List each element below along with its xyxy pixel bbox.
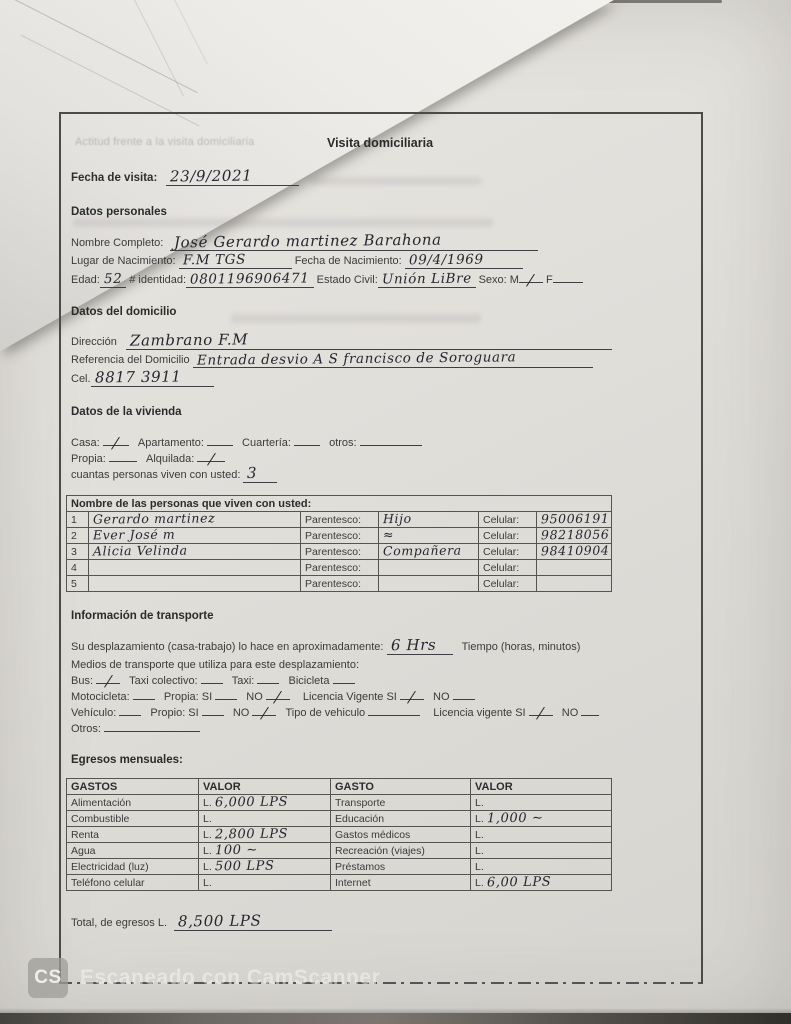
vehiculo-label: Vehículo: <box>71 707 116 719</box>
moto-no-label: NO <box>246 691 263 703</box>
moto-licencia-checkmark: ∕ <box>409 695 415 699</box>
row-number: 5 <box>67 576 89 592</box>
col-gastos: GASTOS <box>67 779 199 795</box>
person-name: Gerardo martinez <box>93 513 215 523</box>
people-table-header: Nombre de las personas que viven con ust… <box>67 496 612 512</box>
lempira-label: L. <box>475 877 484 889</box>
celular-label: Celular: <box>479 576 537 592</box>
col-gasto: GASTO <box>331 779 471 795</box>
section-datos-personales: Datos personales <box>71 206 689 218</box>
fecha-visita-label: Fecha de visita: <box>71 172 157 184</box>
lempira-label: L. <box>203 877 212 889</box>
lempira-label: L. <box>203 829 212 841</box>
motocicleta-label: Motocicleta: <box>71 691 130 703</box>
identidad-label: # identidad: <box>129 274 186 286</box>
propia-blank <box>109 453 137 462</box>
cuarteria-label: Cuartería: <box>242 437 291 449</box>
moto-licencia-no-blank <box>453 691 475 700</box>
vehiculo-propio-si-label: Propio: SI <box>150 707 198 719</box>
celular-label: Celular: <box>479 528 537 544</box>
section-egresos: Egresos mensuales: <box>71 754 689 766</box>
moto-licencia-si-check: ∕ <box>400 691 424 700</box>
cel-label: Cel. <box>71 373 91 385</box>
vehiculo-blank <box>119 707 141 716</box>
parentesco-value: Compañera <box>383 545 462 555</box>
person-name: Alicia Velinda <box>93 545 188 555</box>
nombre-label: Nombre Completo: <box>71 237 163 249</box>
table-row: 1 Gerardo martinez Parentesco: Hijo Celu… <box>67 512 612 528</box>
celular-value: 95006191 <box>541 513 610 523</box>
lempira-label: L. <box>475 797 484 809</box>
fecha-visita-value: 23/9/2021 <box>170 172 252 182</box>
gasto-name: Gastos médicos <box>331 827 471 843</box>
table-row: Combustible L. Educación L. 1,000 ~ <box>67 811 612 827</box>
otros-vivienda-label: otros: <box>329 437 357 449</box>
gasto-value: 1,000 ~ <box>487 813 544 823</box>
table-row: Renta L. 2,800 LPS Gastos médicos L. <box>67 827 612 843</box>
col-valor-2: VALOR <box>471 779 612 795</box>
bicicleta-blank <box>333 675 355 684</box>
celular-label: Celular: <box>479 512 537 528</box>
motocicleta-blank <box>133 691 155 700</box>
cuarteria-blank <box>294 437 320 446</box>
total-egresos-field: 8,500 LPS <box>174 917 332 931</box>
nombre-value: José Gerardo martinez Barahona <box>174 236 442 248</box>
moto-propia-si-label: Propia: SI <box>164 691 212 703</box>
gasto-name: Agua <box>67 843 199 859</box>
row-number: 4 <box>67 560 89 576</box>
gasto-name: Renta <box>67 827 199 843</box>
fecha-visita-field: 23/9/2021 <box>166 172 299 186</box>
fold-ghost-line <box>106 0 184 96</box>
celular-value: 98218056 <box>541 529 610 539</box>
gasto-name: Educación <box>331 811 471 827</box>
apartamento-blank <box>207 437 233 446</box>
taxi-blank <box>257 675 279 684</box>
nombre-field: José Gerardo martinez Barahona <box>170 237 538 251</box>
personas-label: cuantas personas viven con usted: <box>71 469 240 481</box>
parentesco-label: Parentesco: <box>301 576 379 592</box>
bicicleta-label: Bicicleta <box>289 675 330 687</box>
bus-check: ∕ <box>96 675 120 684</box>
bus-label: Bus: <box>71 675 93 687</box>
lugar-nacimiento-value: F.M TGS <box>183 256 246 266</box>
vehiculo-licencia-no-blank <box>581 707 599 716</box>
vehiculo-si-blank <box>202 707 224 716</box>
personas-field: 3 <box>243 469 277 483</box>
tipo-vehiculo-blank <box>368 707 420 716</box>
celular-label: Celular: <box>479 544 537 560</box>
tipo-vehiculo-label: Tipo de vehiculo <box>285 707 365 719</box>
apartamento-label: Apartamento: <box>138 437 204 449</box>
moto-licencia-label: Licencia Vigente SI <box>303 691 397 703</box>
parentesco-value: Hijo <box>383 513 412 522</box>
moto-no-checkmark: ∕ <box>275 695 281 699</box>
lempira-label: L. <box>475 861 484 873</box>
medios-label: Medios de transporte que utiliza para es… <box>71 659 359 671</box>
moto-licencia-no-label: NO <box>433 691 450 703</box>
otros-transporte-blank <box>104 723 200 732</box>
lempira-label: L. <box>475 813 484 825</box>
table-row: 3 Alicia Velinda Parentesco: Compañera C… <box>67 544 612 560</box>
casa-checkmark: ∕ <box>113 441 119 445</box>
alquilada-check: ∕ <box>197 453 225 462</box>
gasto-name: Recreación (viajes) <box>331 843 471 859</box>
fold-ghost-line <box>0 0 198 93</box>
table-row: 5 Parentesco: Celular: <box>67 576 612 592</box>
form-content: Visita domiciliaria Fecha de visita: 23/… <box>71 128 689 931</box>
fecha-nacimiento-field: 09/4/1969 <box>405 255 523 269</box>
table-row: Electricidad (luz) L. 500 LPS Préstamos … <box>67 859 612 875</box>
fold-ghost-line <box>152 0 207 64</box>
camscanner-badge: CS <box>28 958 68 998</box>
table-row: 2 Ever José m Parentesco: ≈ Celular: 982… <box>67 528 612 544</box>
row-number: 2 <box>67 528 89 544</box>
row-number: 1 <box>67 512 89 528</box>
gasto-name: Teléfono celular <box>67 875 199 891</box>
section-datos-domicilio: Datos del domicilio <box>71 306 689 318</box>
fecha-nacimiento-value: 09/4/1969 <box>409 256 484 266</box>
lempira-label: L. <box>475 829 484 841</box>
moto-si-blank <box>215 691 237 700</box>
vehiculo-no-check: ∕ <box>252 707 276 716</box>
lempira-label: L. <box>203 813 212 825</box>
sexo-m-checkmark: ∕ <box>528 278 534 282</box>
lempira-label: L. <box>203 797 212 809</box>
moto-no-check: ∕ <box>266 691 290 700</box>
parentesco-label: Parentesco: <box>301 528 379 544</box>
bus-checkmark: ∕ <box>105 679 111 683</box>
edad-field: 52 <box>100 274 126 288</box>
table-row: Alimentación L. 6,000 LPS Transporte L. <box>67 795 612 811</box>
lempira-label: L. <box>475 845 484 857</box>
lugar-nacimiento-label: Lugar de Nacimiento: <box>71 255 176 267</box>
egresos-table: GASTOS VALOR GASTO VALOR Alimentación L.… <box>66 778 612 891</box>
vehiculo-licencia-si-check: ∕ <box>529 707 553 716</box>
propia-label: Propia: <box>71 453 106 465</box>
parentesco-value: ≈ <box>383 529 394 538</box>
direccion-value: Zambrano F.M <box>130 335 248 345</box>
referencia-value: Entrada desvio A S francisco de Soroguar… <box>197 353 516 365</box>
table-row: 4 Parentesco: Celular: <box>67 560 612 576</box>
edad-value: 52 <box>104 275 122 284</box>
vehiculo-licencia-no-label: NO <box>562 707 579 719</box>
gasto-name: Internet <box>331 875 471 891</box>
estado-civil-value: Unión LiBre <box>382 275 472 285</box>
parentesco-label: Parentesco: <box>301 560 379 576</box>
total-egresos-label: Total, de egresos L. <box>71 917 167 929</box>
celular-value: 98410904 <box>541 545 610 555</box>
vehiculo-licencia-label: Licencia vigente SI <box>433 707 525 719</box>
alquilada-label: Alquilada: <box>146 453 194 465</box>
otros-transporte-label: Otros: <box>71 723 101 735</box>
lempira-label: L. <box>203 845 212 857</box>
person-name: Ever José m <box>93 529 175 539</box>
casa-check: ∕ <box>103 437 129 446</box>
otros-vivienda-blank <box>360 437 422 446</box>
vehiculo-no-label: NO <box>233 707 250 719</box>
referencia-field: Entrada desvio A S francisco de Soroguar… <box>193 354 593 368</box>
tiempo-field: 6 Hrs <box>387 641 453 655</box>
page-title: Visita domiciliaria <box>71 136 689 150</box>
cel-value: 8817 3911 <box>95 373 182 383</box>
sexo-f-label: F <box>546 274 553 286</box>
tiempo-suffix-label: Tiempo (horas, minutos) <box>462 641 581 653</box>
sexo-m-check: ∕ <box>519 274 543 283</box>
taxi-colectivo-blank <box>201 675 223 684</box>
col-valor-1: VALOR <box>199 779 331 795</box>
row-number: 3 <box>67 544 89 560</box>
table-edge <box>0 1013 791 1024</box>
casa-label: Casa: <box>71 437 100 449</box>
personas-value: 3 <box>247 469 257 478</box>
camscanner-watermark-text: Escaneado con CamScanner <box>80 966 380 990</box>
tiempo-value: 6 Hrs <box>390 641 435 650</box>
gasto-value: 6,00 LPS <box>487 877 551 887</box>
cel-field: 8817 3911 <box>91 373 214 387</box>
parentesco-label: Parentesco: <box>301 512 379 528</box>
total-egresos-value: 8,500 LPS <box>178 917 262 927</box>
lempira-label: L. <box>203 861 212 873</box>
vehiculo-licencia-checkmark: ∕ <box>538 711 544 715</box>
identidad-field: 0801196906471 <box>186 274 313 288</box>
direccion-label: Dirección <box>71 336 117 348</box>
gasto-value: 500 LPS <box>215 861 275 871</box>
lugar-nacimiento-field: F.M TGS <box>179 255 292 269</box>
sexo-f-blank <box>553 274 583 283</box>
direccion-field: Zambrano F.M <box>126 336 612 350</box>
gasto-value: 100 ~ <box>215 845 258 854</box>
gasto-name: Préstamos <box>331 859 471 875</box>
referencia-label: Referencia del Domicilio <box>71 354 190 366</box>
section-transporte: Información de transporte <box>71 610 689 622</box>
egresos-header-row: GASTOS VALOR GASTO VALOR <box>67 779 612 795</box>
alquilada-checkmark: ∕ <box>208 457 214 461</box>
taxi-colectivo-label: Taxi colectivo: <box>129 675 197 687</box>
gasto-name: Transporte <box>331 795 471 811</box>
fecha-nacimiento-label: Fecha de Nacimiento: <box>295 255 402 267</box>
parentesco-label: Parentesco: <box>301 544 379 560</box>
estado-civil-field: Unión LiBre <box>378 274 476 288</box>
section-datos-vivienda: Datos de la vivienda <box>71 406 689 418</box>
gasto-name: Electricidad (luz) <box>67 859 199 875</box>
vehiculo-no-checkmark: ∕ <box>261 711 267 715</box>
gasto-value: 2,800 LPS <box>215 829 288 839</box>
table-row: Agua L. 100 ~ Recreación (viajes) L. <box>67 843 612 859</box>
celular-label: Celular: <box>479 560 537 576</box>
estado-civil-label: Estado Civil: <box>317 274 378 286</box>
edad-label: Edad: <box>71 274 100 286</box>
gasto-name: Combustible <box>67 811 199 827</box>
gasto-value: 6,000 LPS <box>215 797 288 807</box>
table-row: Teléfono celular L. Internet L. 6,00 LPS <box>67 875 612 891</box>
people-table: Nombre de las personas que viven con ust… <box>66 495 612 592</box>
gasto-name: Alimentación <box>67 795 199 811</box>
identidad-value: 0801196906471 <box>190 274 310 284</box>
sexo-label: Sexo: M <box>479 274 519 286</box>
taxi-label: Taxi: <box>232 675 255 687</box>
desplazamiento-label: Su desplazamiento (casa-trabajo) lo hace… <box>71 641 383 653</box>
